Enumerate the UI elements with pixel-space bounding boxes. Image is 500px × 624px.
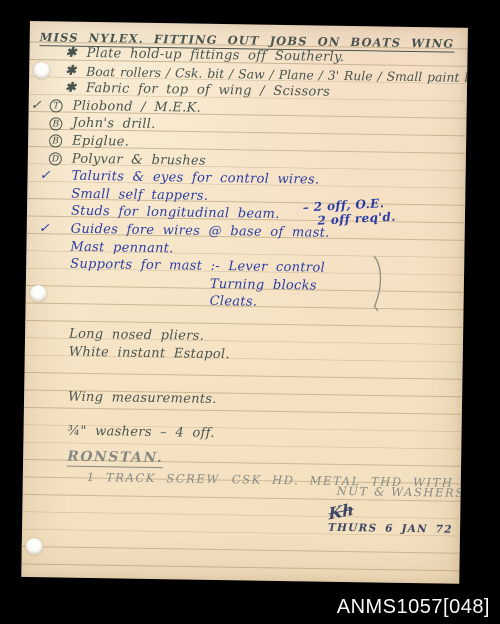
notebook-page: MISS NYLEX. FITTING OUT JOBS ON BOATS WI…	[21, 21, 468, 584]
letter-badge: B	[49, 117, 62, 130]
initials-scribble: Kh	[328, 499, 355, 523]
asterisk-icon: ✱	[65, 62, 76, 80]
note-line-text: Mast pennant.	[70, 239, 173, 256]
note-line-text: Cleats.	[209, 294, 257, 310]
note-line-text: Supports for mast :- Lever control	[70, 257, 325, 276]
asterisk-icon: ✱	[65, 80, 76, 98]
note-line-text: Polyvar & brushes	[72, 151, 206, 168]
note-line-text: White instant Estapol.	[69, 344, 230, 362]
note-line-text: Studs for longitudinal beam.	[71, 204, 280, 222]
note-line-text: Wing measurements.	[68, 390, 217, 407]
check-icon: ✓	[39, 167, 50, 185]
check-icon: ✓	[39, 220, 50, 238]
note-line-text: Turning blocks	[210, 277, 317, 294]
catalog-number: ANMS1057[048]	[337, 596, 490, 619]
asterisk-icon: ✱	[65, 45, 76, 63]
letter-badge: T	[50, 100, 63, 113]
note-line-text: John's drill.	[72, 116, 155, 132]
ronstan-spec-continued: NUT & WASHERS	[337, 484, 465, 500]
note-line-text: Epiglue.	[72, 134, 129, 150]
letter-badge: B	[49, 135, 62, 148]
note-line-text: Guides fore wires @ base of mast.	[71, 222, 330, 241]
note-line-text: Pliobond / M.E.K.	[73, 98, 202, 115]
note-line-text: ¾" washers – 4 off.	[67, 423, 214, 440]
ronstan-item: 1 TRACK SCREW	[87, 470, 220, 486]
signoff: Kh THURS 6 JAN 72	[328, 502, 453, 536]
letter-badge: D	[49, 152, 62, 165]
note-line-text: Talurits & eyes for control wires.	[71, 169, 319, 188]
brace-mark	[370, 254, 385, 312]
note-line-text: Small self tappers.	[71, 186, 208, 203]
quantity-annotation: – 2 off, O.E. 2 off req'd.	[302, 196, 396, 229]
note-line-text: Plate hold-up fittings off Southerly.	[86, 46, 344, 65]
note-line-text: Fabric for top of wing / Scissors	[86, 81, 330, 100]
ronstan-section: RONSTAN. 1 TRACK SCREW CSK HD. METAL THD…	[67, 446, 462, 492]
handwritten-notes: MISS NYLEX. FITTING OUT JOBS ON BOATS WI…	[21, 21, 468, 584]
date-note: THURS 6 JAN 72	[328, 522, 453, 536]
check-icon: ✓	[31, 97, 42, 115]
ronstan-heading: RONSTAN.	[67, 449, 163, 469]
note-line-text: Long nosed pliers.	[69, 327, 204, 344]
